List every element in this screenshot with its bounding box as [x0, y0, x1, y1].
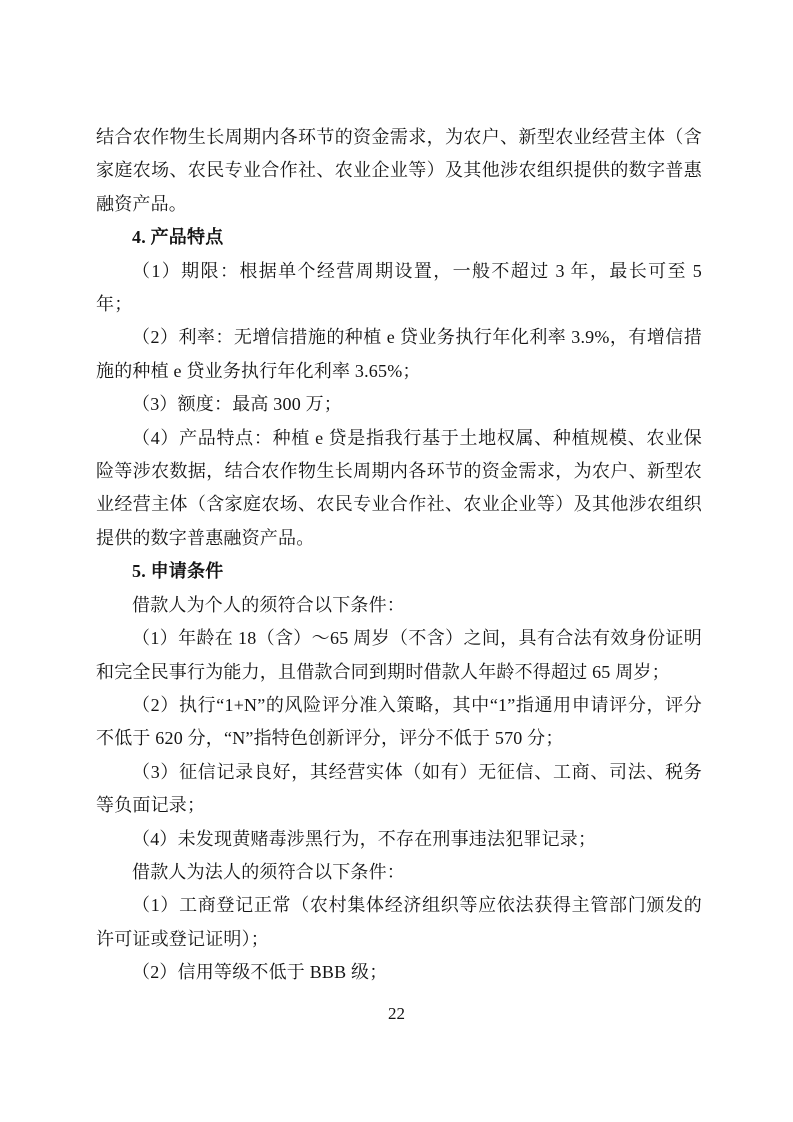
document-body: 结合农作物生长周期内各环节的资金需求，为农户、新型农业经营主体（含家庭农场、农民… — [96, 121, 702, 990]
paragraph-individual-condition-1: （1）年龄在 18（含）～65 周岁（不含）之间，具有合法有效身份证明和完全民事… — [96, 622, 702, 689]
paragraph-term: （1）期限：根据单个经营周期设置，一般不超过 3 年，最长可至 5 年； — [96, 255, 702, 322]
paragraph-continuation: 结合农作物生长周期内各环节的资金需求，为农户、新型农业经营主体（含家庭农场、农民… — [96, 121, 702, 221]
paragraph-individual-condition-3: （3）征信记录良好，其经营实体（如有）无征信、工商、司法、税务等负面记录； — [96, 756, 702, 823]
document-page: 结合农作物生长周期内各环节的资金需求，为农户、新型农业经营主体（含家庭农场、农民… — [0, 0, 793, 1122]
paragraph-legal-person-intro: 借款人为法人的须符合以下条件： — [96, 856, 702, 889]
page-number: 22 — [0, 1002, 793, 1026]
paragraph-legal-person-condition-1: （1）工商登记正常（农村集体经济组织等应依法获得主管部门颁发的许可证或登记证明）… — [96, 889, 702, 956]
paragraph-individual-condition-4: （4）未发现黄赌毒涉黑行为，不存在刑事违法犯罪记录； — [96, 823, 702, 856]
paragraph-individual-condition-2: （2）执行“1+N”的风险评分准入策略，其中“1”指通用申请评分，评分不低于 6… — [96, 689, 702, 756]
paragraph-product-description: （4）产品特点：种植 e 贷是指我行基于土地权属、种植规模、农业保险等涉农数据，… — [96, 422, 702, 556]
paragraph-quota: （3）额度：最高 300 万； — [96, 388, 702, 421]
paragraph-legal-person-condition-2: （2）信用等级不低于 BBB 级； — [96, 956, 702, 989]
paragraph-interest-rate: （2）利率：无增信措施的种植 e 贷业务执行年化利率 3.9%，有增信措施的种植… — [96, 321, 702, 388]
section-heading-product-features: 4. 产品特点 — [96, 221, 702, 254]
paragraph-individual-borrower-intro: 借款人为个人的须符合以下条件： — [96, 589, 702, 622]
section-heading-application-conditions: 5. 申请条件 — [96, 555, 702, 588]
